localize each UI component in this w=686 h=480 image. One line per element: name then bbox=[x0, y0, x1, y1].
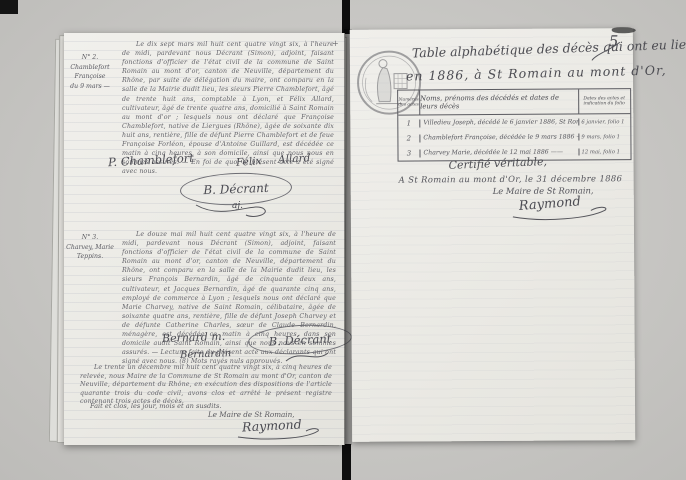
right-page: 5 Table alphabétique des décès qui ont e… bbox=[350, 28, 636, 442]
row3-nom: Charvey Marie, décédée le 12 mai 1886 —— bbox=[420, 148, 579, 156]
closing-text: Le trente un décembre mil huit cent quat… bbox=[80, 364, 332, 407]
binding-strip-bottom bbox=[342, 444, 351, 480]
act1-officer-signature: B. Décrant bbox=[203, 181, 269, 197]
row2-date: 9 mars, folio 1 bbox=[579, 134, 629, 140]
left-page: + N° 2. Chamblefort Françoise du 9 mars … bbox=[64, 33, 345, 445]
act1-margin-note: N° 2. Chamblefort Françoise du 9 mars — bbox=[66, 53, 114, 91]
scan-corner-artifact bbox=[0, 0, 18, 14]
act1-officer-paraph: aj. bbox=[232, 201, 243, 211]
act1-firstname: Françoise bbox=[66, 72, 114, 82]
act1-date: du 9 mars — bbox=[66, 82, 114, 92]
header-dates-l2: indication du folio bbox=[584, 101, 625, 106]
act2-note: Teppins. bbox=[66, 252, 114, 262]
act2-paraph-flourish bbox=[282, 347, 332, 365]
act2-witness-signature-2: Bernardin bbox=[180, 348, 232, 361]
row2-nom: Chamblefort Françoise, décédée le 9 mars… bbox=[420, 133, 579, 141]
deaths-table-header-row: Numéros des actes Noms, prénoms des décé… bbox=[398, 89, 630, 115]
row1-numero: 1 bbox=[398, 119, 420, 127]
row3-numero: 3 bbox=[398, 149, 420, 157]
act2-officer-signature: B. Décrant bbox=[268, 331, 331, 348]
act2-name: Charvey, Marie bbox=[66, 243, 114, 253]
act1-witness-signature-3: Allard bbox=[278, 152, 311, 166]
certification-line1: Certifié véritable, bbox=[448, 155, 547, 172]
header-dates: Dates des actes et indication du folio bbox=[579, 89, 629, 113]
act2-margin-note: N° 3. Charvey, Marie Teppins. bbox=[66, 233, 114, 262]
closing-signature-flourish bbox=[236, 425, 322, 441]
table-row: 2 Chamblefort Françoise, décédée le 9 ma… bbox=[398, 129, 630, 145]
header-numeros-l2: des actes bbox=[399, 102, 419, 107]
scanned-register-spread: + N° 2. Chamblefort Françoise du 9 mars … bbox=[0, 0, 686, 480]
act1-number: N° 2. bbox=[66, 53, 114, 63]
header-noms: Noms, prénoms des décédés et dates de le… bbox=[420, 89, 579, 114]
header-numeros: Numéros des actes bbox=[398, 90, 420, 114]
deaths-table: Numéros des actes Noms, prénoms des décé… bbox=[397, 88, 631, 161]
table-title-line2: en 1886, à St Romain au mont d'Or, bbox=[406, 63, 636, 83]
certification-line2: A St Romain au mont d'Or, le 31 décembre… bbox=[399, 173, 623, 184]
act1-name: Chamblefort bbox=[66, 63, 114, 73]
row3-date: 12 mai, folio 1 bbox=[579, 149, 629, 155]
row1-date: 6 janvier, folio 1 bbox=[579, 119, 629, 125]
header-noms-text: Noms, prénoms des décédés et dates de le… bbox=[420, 93, 578, 110]
act1-witness-signature-2: Félix bbox=[236, 155, 262, 169]
closing-line2: Fait et clos, les jour, mois et an susdi… bbox=[90, 402, 221, 410]
row1-nom: Villedieu Joseph, décédé le 6 janvier 18… bbox=[420, 118, 579, 126]
row2-numero: 2 bbox=[398, 134, 420, 142]
mayor-signature-flourish bbox=[511, 204, 611, 223]
table-row: 1 Villedieu Joseph, décédé le 6 janvier … bbox=[398, 114, 630, 130]
act2-number: N° 3. bbox=[66, 233, 114, 243]
act2-witness-signature-1: Bernard m. bbox=[162, 330, 226, 345]
